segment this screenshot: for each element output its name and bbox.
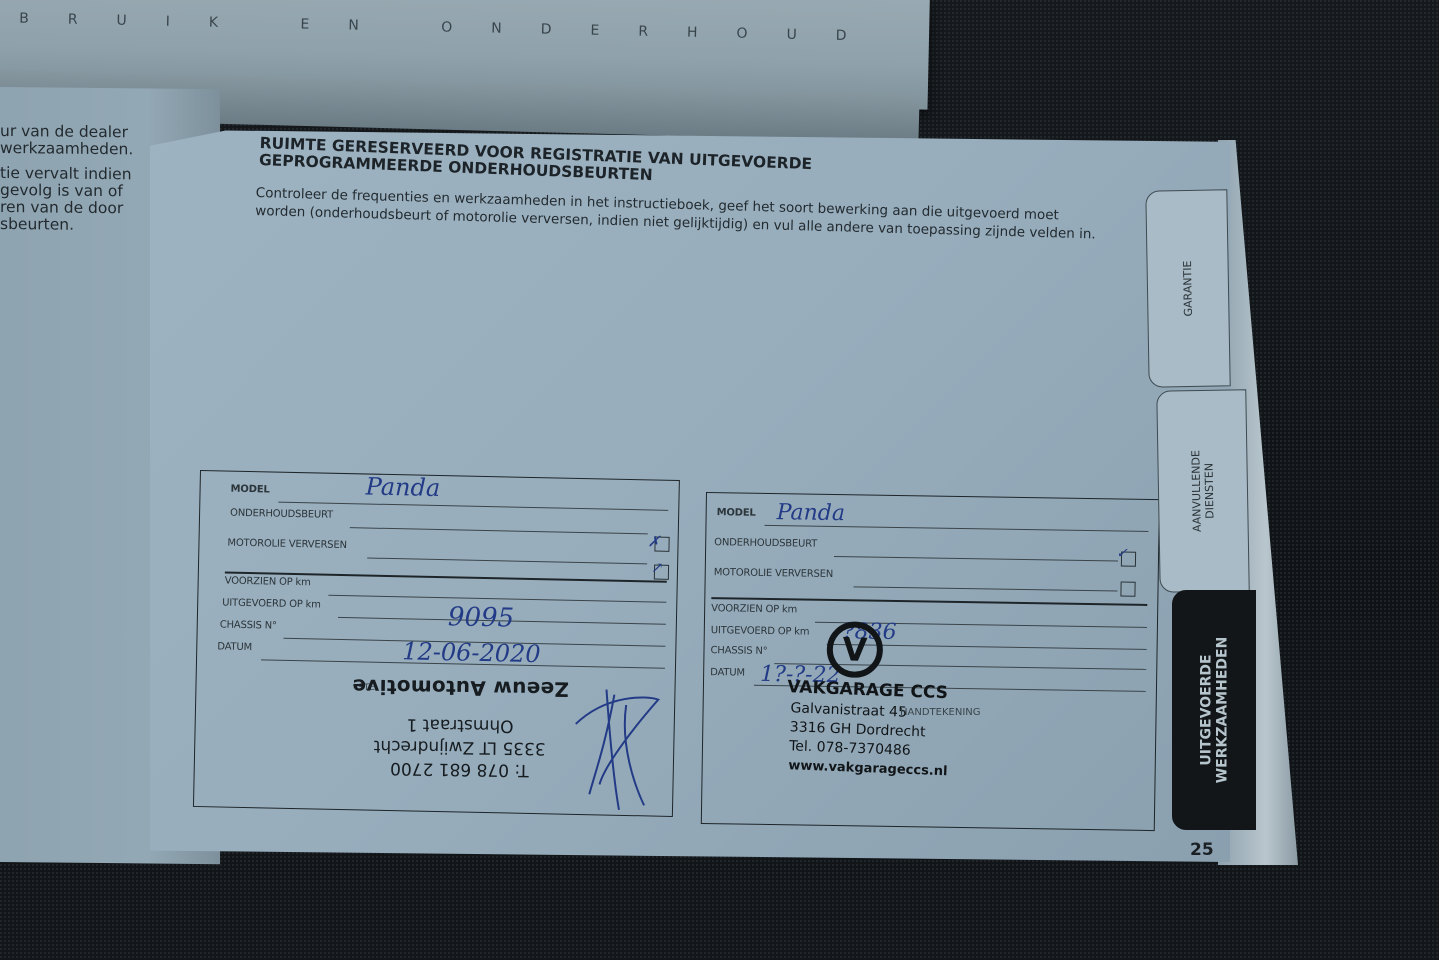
handwritten-date: 12-06-2020 <box>402 637 541 668</box>
field-label: DATUM <box>217 641 252 653</box>
stamp-street: Ohmstraat 1 <box>330 712 590 738</box>
stamp-city: 3335 LT Zwijndrecht <box>330 734 590 760</box>
field-line <box>764 525 1148 532</box>
handwritten-model: Panda <box>365 472 440 502</box>
tab-label-line: WERKZAAMHEDEN <box>1214 637 1230 784</box>
text-line: werkzaamheden. <box>0 139 133 158</box>
field-line <box>834 556 1118 561</box>
text-line: sbeurten. <box>0 215 74 234</box>
handwritten-model: Panda <box>776 500 845 526</box>
field-label: ONDERHOUDSBEURT <box>230 508 333 521</box>
field-label: DATUM <box>710 667 745 679</box>
stamp-phone: T: 078 681 2700 <box>329 756 589 782</box>
field-line <box>367 558 647 565</box>
page-number: 25 <box>1190 840 1214 860</box>
tab-aanvullende-diensten[interactable]: AANVULLENDEDIENSTEN <box>1156 389 1250 593</box>
field-label: UITGEVOERD OP km <box>222 597 321 610</box>
motorolie-field[interactable]: MOTOROLIE VERVERSEN <box>714 567 1148 594</box>
dealer-stamp-zeeuw: T: 078 681 2700 3335 LT Zwijndrecht Ohms… <box>329 674 590 782</box>
field-label: MOTOROLIE VERVERSEN <box>227 538 347 551</box>
tab-uitgevoerde-werkzaamheden[interactable]: UITGEVOERDEWERKZAAMHEDEN <box>1172 590 1256 830</box>
tab-label: UITGEVOERDEWERKZAAMHEDEN <box>1198 637 1230 784</box>
tab-label: AANVULLENDEDIENSTEN <box>1189 450 1216 532</box>
field-label: MODEL <box>230 484 269 496</box>
tab-garantie[interactable]: GARANTIE <box>1145 189 1230 387</box>
field-label: CHASSIS N° <box>220 619 277 631</box>
handwritten-km: 9095 <box>448 602 515 633</box>
field-line <box>854 586 1118 591</box>
motorolie-checkbox[interactable] <box>1120 582 1135 597</box>
motorolie-field[interactable]: MOTOROLIE VERVERSEN <box>227 538 667 567</box>
check-mark-icon: ✗ <box>647 532 660 550</box>
field-label: ONDERHOUDSBEURT <box>714 537 817 550</box>
field-label: VOORZIEN OP km <box>711 603 797 615</box>
handtekening-label: HANDTEKENING <box>900 707 981 718</box>
field-label: MODEL <box>717 507 756 519</box>
onderhoudsbeurt-field[interactable]: ONDERHOUDSBEURT <box>230 508 668 537</box>
field-label: VOORZIEN OP km <box>225 576 311 589</box>
check-mark-icon: ✓ <box>1116 545 1128 561</box>
stamp-name: Zeeuw Automotive <box>330 674 590 702</box>
check-mark-icon: ↗ <box>651 558 664 576</box>
field-label: MOTOROLIE VERVERSEN <box>714 567 834 580</box>
onderhoudsbeurt-field[interactable]: ONDERHOUDSBEURT <box>714 537 1148 564</box>
tab-label-line: UITGEVOERDE <box>1198 637 1214 784</box>
cover-title: BRUIK EN ONDERHOUD <box>19 11 886 45</box>
field-label: CHASSIS N° <box>710 645 767 657</box>
field-line <box>350 527 648 534</box>
field-label: UITGEVOERD OP km <box>711 625 810 638</box>
tab-label-line: DIENSTEN <box>1202 450 1216 532</box>
tab-label: GARANTIE <box>1181 260 1195 316</box>
